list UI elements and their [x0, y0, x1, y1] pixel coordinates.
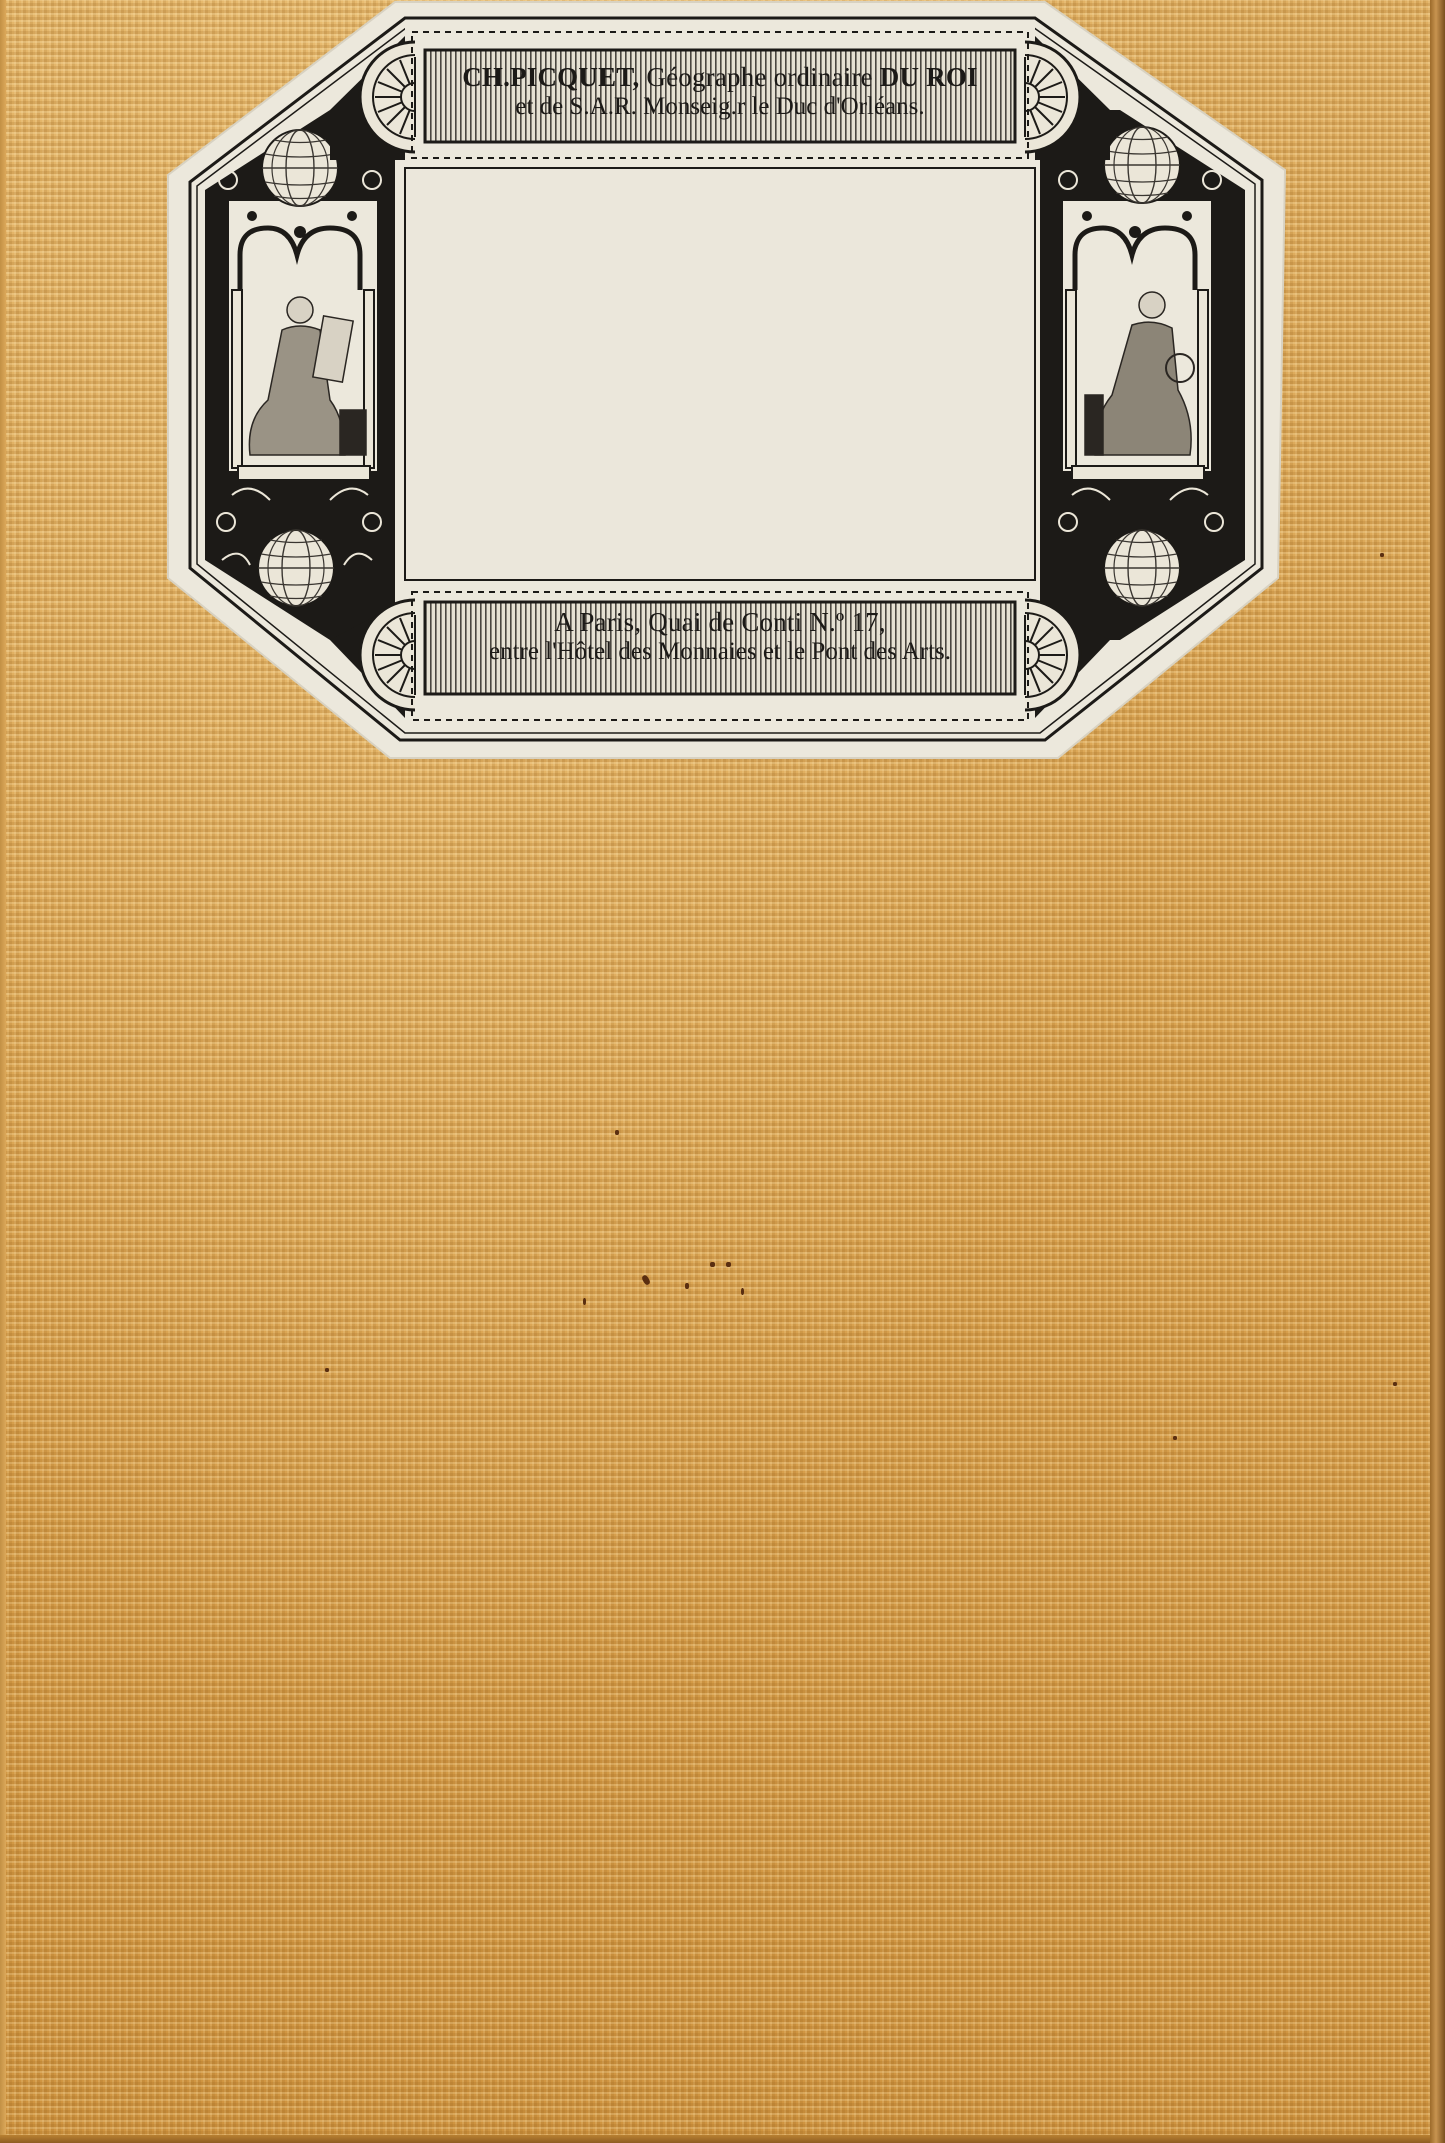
address-line-1: A Paris, Quai de Conti N.º 17, — [425, 607, 1015, 638]
publisher-name-text: CH.PICQUET, Géographe ordinaire DU ROI e… — [425, 62, 1015, 122]
publisher-title: Géographe ordinaire — [639, 62, 879, 92]
globe-icon — [1104, 530, 1180, 606]
publisher-address-text: A Paris, Quai de Conti N.º 17, entre l'H… — [425, 607, 1015, 667]
publisher-title-roi: DU ROI — [880, 62, 978, 92]
globe-icon — [262, 130, 338, 206]
address-line-2: entre l'Hôtel des Monnaies et le Pont de… — [425, 638, 1015, 667]
globe-icon — [258, 530, 334, 606]
globe-icon — [1104, 127, 1180, 203]
publisher-patron: et de S.A.R. Monseig.r le Duc d'Orléans. — [425, 93, 1015, 122]
cover-bottom-edge — [0, 2135, 1430, 2143]
publisher-name: CH.PICQUET, — [462, 62, 639, 92]
label-center-panel — [405, 168, 1035, 580]
